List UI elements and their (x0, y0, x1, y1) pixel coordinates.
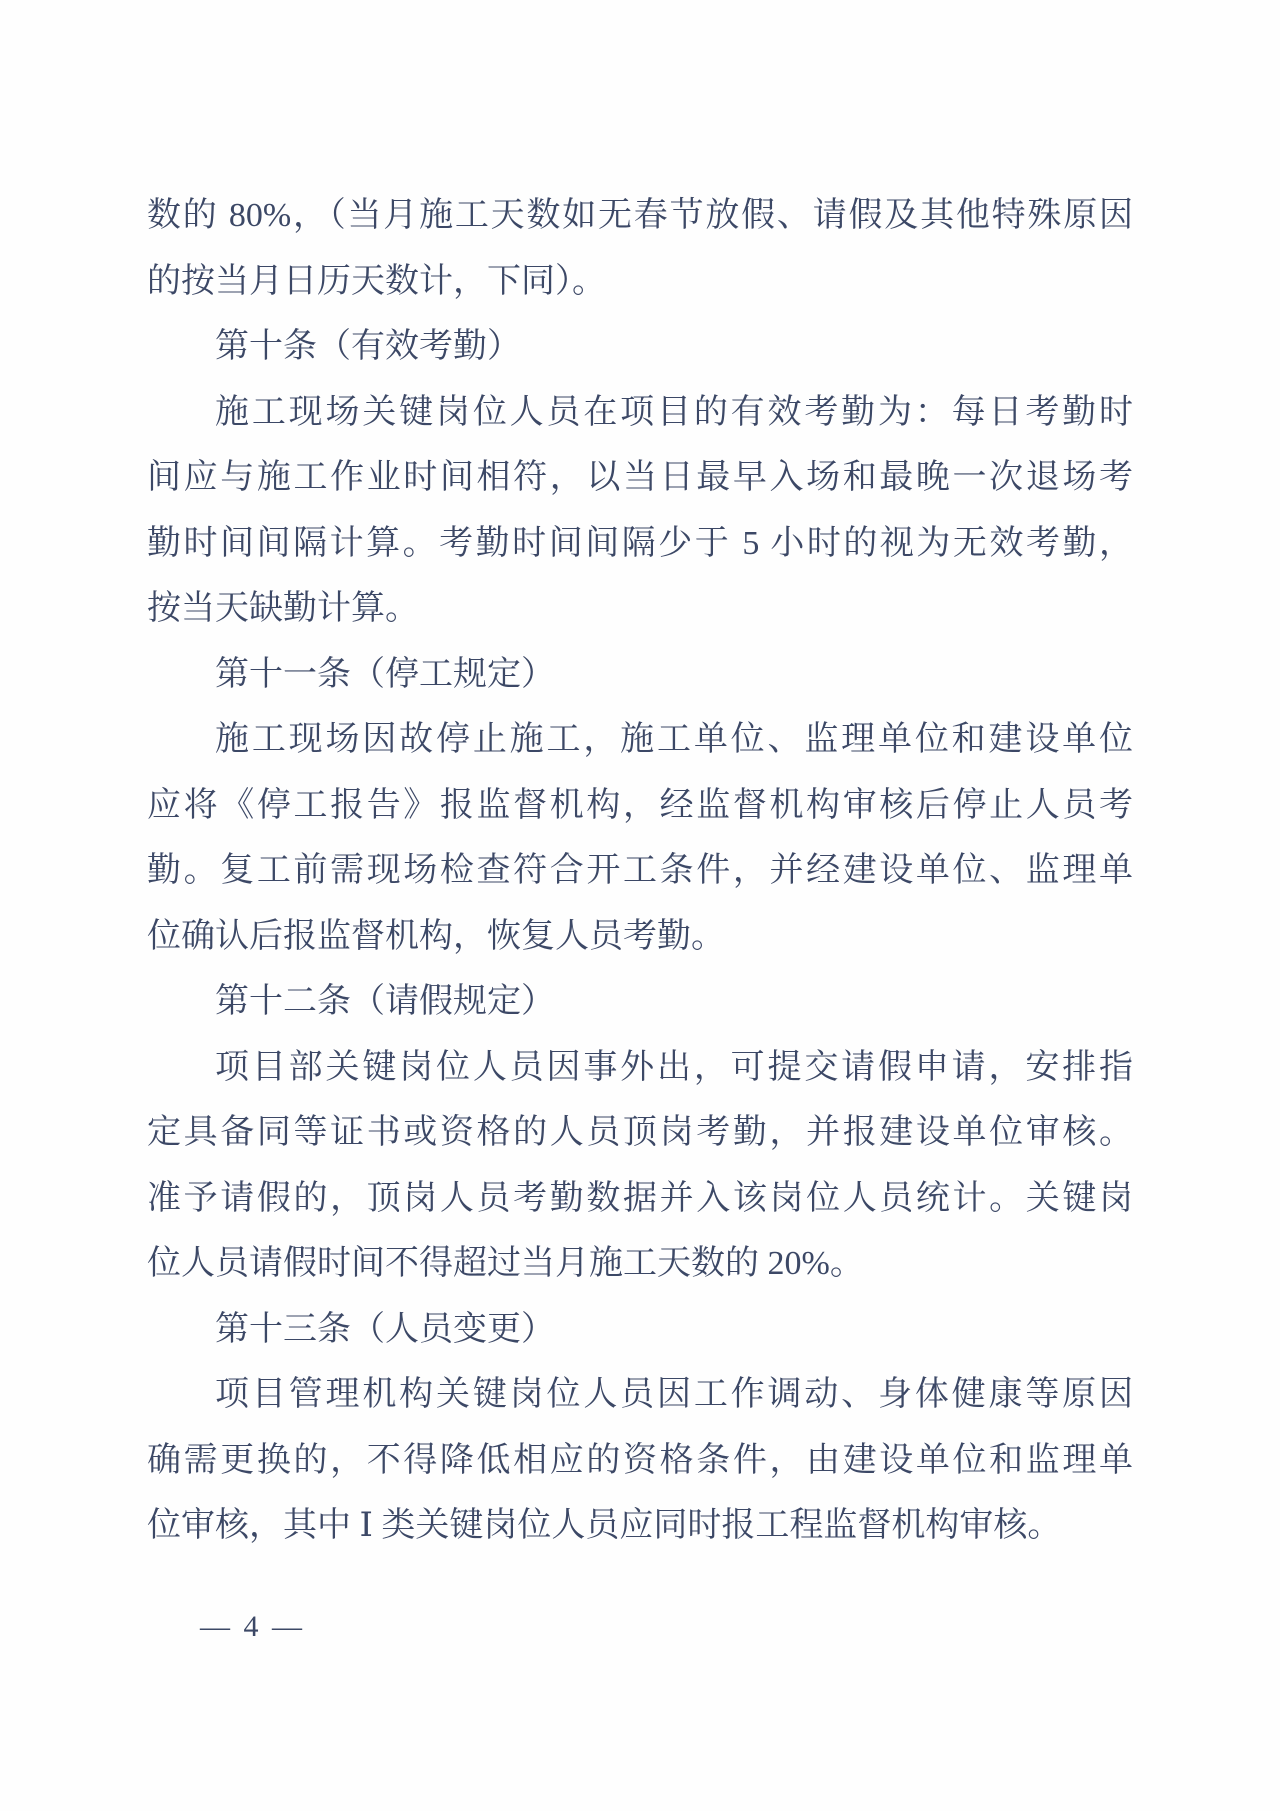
text-line: 应将《停工报告》报监督机构，经监督机构审核后停止人员考 (147, 773, 1133, 839)
text-line: 数的 80%，（当月施工天数如无春节放假、请假及其他特殊原因 (147, 183, 1133, 249)
text-line: 位确认后报监督机构，恢复人员考勤。 (147, 904, 1133, 970)
text-line: 的按当月日历天数计，下同）。 (147, 249, 1133, 315)
text-line: 施工现场因故停止施工，施工单位、监理单位和建设单位 (147, 707, 1133, 773)
heading-article-10: 第十条（有效考勤） (147, 314, 1133, 380)
text-line: 施工现场关键岗位人员在项目的有效考勤为：每日考勤时 (147, 380, 1133, 446)
text-line: 定具备同等证书或资格的人员顶岗考勤，并报建设单位审核。 (147, 1100, 1133, 1166)
text-line: 位审核，其中 Ⅰ 类关键岗位人员应同时报工程监督机构审核。 (147, 1493, 1133, 1559)
text-line: 项目部关键岗位人员因事外出，可提交请假申请，安排指 (147, 1035, 1133, 1101)
text-line: 项目管理机构关键岗位人员因工作调动、身体健康等原因 (147, 1362, 1133, 1428)
document-body: 数的 80%，（当月施工天数如无春节放假、请假及其他特殊原因 的按当月日历天数计… (147, 183, 1133, 1559)
heading-article-12: 第十二条（请假规定） (147, 969, 1133, 1035)
text-line: 确需更换的，不得降低相应的资格条件，由建设单位和监理单 (147, 1428, 1133, 1494)
heading-article-11: 第十一条（停工规定） (147, 642, 1133, 708)
document-page: 数的 80%，（当月施工天数如无春节放假、请假及其他特殊原因 的按当月日历天数计… (0, 0, 1280, 1811)
heading-article-13: 第十三条（人员变更） (147, 1297, 1133, 1363)
text-line: 按当天缺勤计算。 (147, 576, 1133, 642)
text-line: 勤。复工前需现场检查符合开工条件，并经建设单位、监理单 (147, 838, 1133, 904)
page-number: — 4 — (200, 1610, 305, 1644)
text-line: 勤时间间隔计算。考勤时间间隔少于 5 小时的视为无效考勤， (147, 511, 1133, 577)
text-line: 位人员请假时间不得超过当月施工天数的 20%。 (147, 1231, 1133, 1297)
text-line: 间应与施工作业时间相符，以当日最早入场和最晚一次退场考 (147, 445, 1133, 511)
text-line: 准予请假的，顶岗人员考勤数据并入该岗位人员统计。关键岗 (147, 1166, 1133, 1232)
